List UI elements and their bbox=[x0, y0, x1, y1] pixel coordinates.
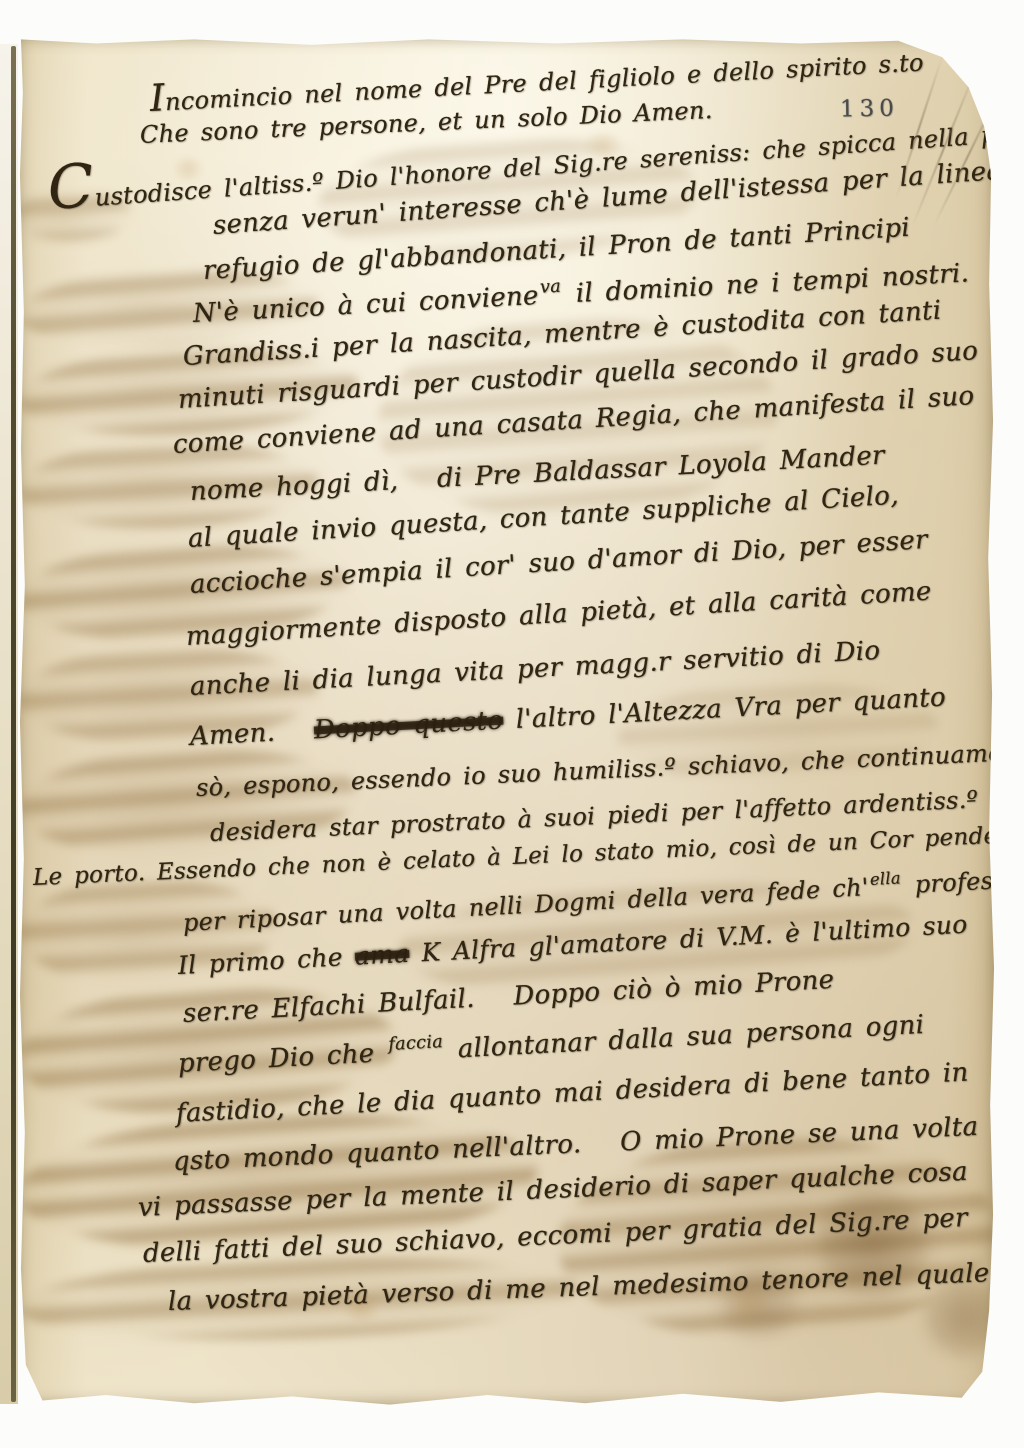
manuscript-page: 130 Incomincio nel nome del Pre del figl… bbox=[18, 38, 996, 1406]
binding-edge-line bbox=[11, 46, 16, 1402]
manuscript-line: la vostra pietà verso di me nel medesimo… bbox=[168, 1259, 990, 1316]
manuscript-text: Incomincio nel nome del Pre del figliolo… bbox=[18, 38, 996, 1406]
scan-background: 130 Incomincio nel nome del Pre del figl… bbox=[0, 0, 1024, 1448]
